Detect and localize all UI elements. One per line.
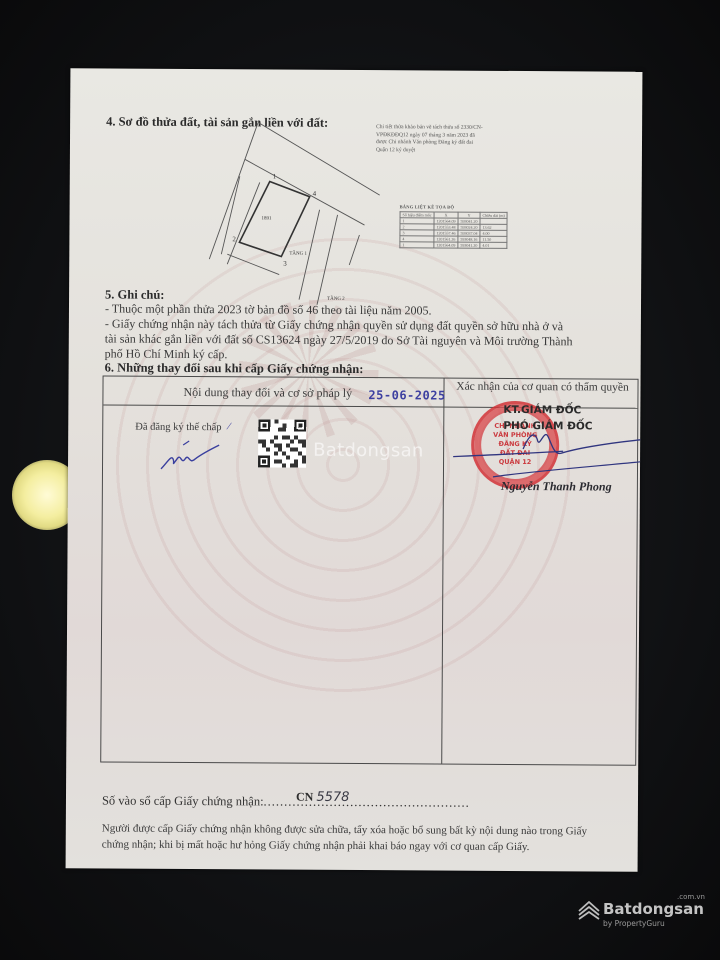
coordinate-cell: 593041.20	[458, 218, 480, 224]
coordinate-cell: 4.01	[480, 242, 507, 248]
svg-text:2: 2	[232, 235, 236, 243]
signatory-name: Nguyễn Thanh Phong	[501, 479, 612, 495]
signatory-title-1: KT.GIÁM ĐỐC	[503, 404, 581, 416]
changes-column-header: Nội dung thay đổi và cơ sở pháp lý	[183, 385, 352, 401]
svg-text:TẦNG 2: TẦNG 2	[327, 296, 345, 302]
coordinate-cell: 593024.20	[458, 224, 480, 230]
parcel-diagram: 1 2 3 4 1891 TẦNG 1 TẦNG 2	[199, 114, 390, 315]
certificate-warning: Người được cấp Giấy chứng nhận không đượ…	[102, 820, 602, 855]
changes-table: Nội dung thay đổi và cơ sở pháp lý 25-06…	[100, 375, 638, 765]
date-stamp: 25-06-2025	[368, 388, 445, 402]
registry-number-value: 5578	[316, 790, 349, 805]
svg-text:3: 3	[283, 260, 287, 268]
coordinate-cell: 1	[400, 242, 434, 248]
brand-name: Batdongsan	[603, 900, 704, 918]
batdongsan-house-icon	[577, 899, 601, 923]
coordinate-cell: 1201564.09	[434, 242, 458, 248]
authority-column-header: Xác nhận của cơ quan có thẩm quyền	[449, 381, 635, 394]
svg-text:TẦNG 1: TẦNG 1	[289, 251, 307, 257]
registry-dots: ........................................…	[264, 794, 470, 809]
coordinate-cell: 593048.16	[458, 236, 480, 242]
coordinate-cell: 593041.20	[458, 242, 480, 248]
coordinate-cell: 593037.04	[458, 230, 480, 236]
registry-label: Số vào sổ cấp Giấy chứng nhận:..........…	[102, 793, 470, 810]
svg-text:1891: 1891	[262, 216, 273, 221]
registry-prefix: CN	[296, 790, 313, 804]
column-divider	[441, 379, 444, 764]
diagram-note: Chi tiết thửa khảo bản vẽ tách thửa số 2…	[376, 124, 486, 155]
svg-text:4: 4	[313, 190, 317, 198]
coordinate-table-title: BẢNG LIỆT KÊ TỌA ĐỘ	[400, 204, 455, 209]
brand-byline: by PropertyGuru	[603, 919, 665, 928]
coordinate-cell: 1201564.09	[434, 218, 458, 224]
qr-code[interactable]	[258, 419, 306, 467]
registrar-signature	[153, 437, 223, 477]
registry-label-text: Số vào sổ cấp Giấy chứng nhận:	[102, 793, 264, 808]
batdongsan-brand-logo[interactable]: .com.vn Batdongsan by PropertyGuru	[577, 893, 712, 933]
mortgage-mark: ⁄	[228, 421, 230, 432]
mortgage-entry: Đã đăng ký thế chấp	[135, 422, 221, 434]
coordinate-cell: 1201561.26	[434, 236, 458, 242]
coordinate-cell: 1201553.48	[434, 224, 458, 230]
coordinate-cell: 1201557.46	[434, 230, 458, 236]
certificate-page: 4. Sơ đồ thửa đất, tài sản gắn liền với …	[66, 68, 643, 871]
svg-text:1: 1	[273, 172, 277, 180]
coordinate-table: Số hiệu điểm mốc X Y Chiều dài (m) 11201…	[399, 211, 507, 249]
section6-heading: 6. Những thay đổi sau khi cấp Giấy chứng…	[105, 360, 364, 377]
registry-number: CN 5578	[296, 790, 350, 805]
coordinate-row: 11201564.09593041.204.01	[400, 242, 507, 249]
batdongsan-watermark: Batdongsan	[313, 440, 424, 462]
